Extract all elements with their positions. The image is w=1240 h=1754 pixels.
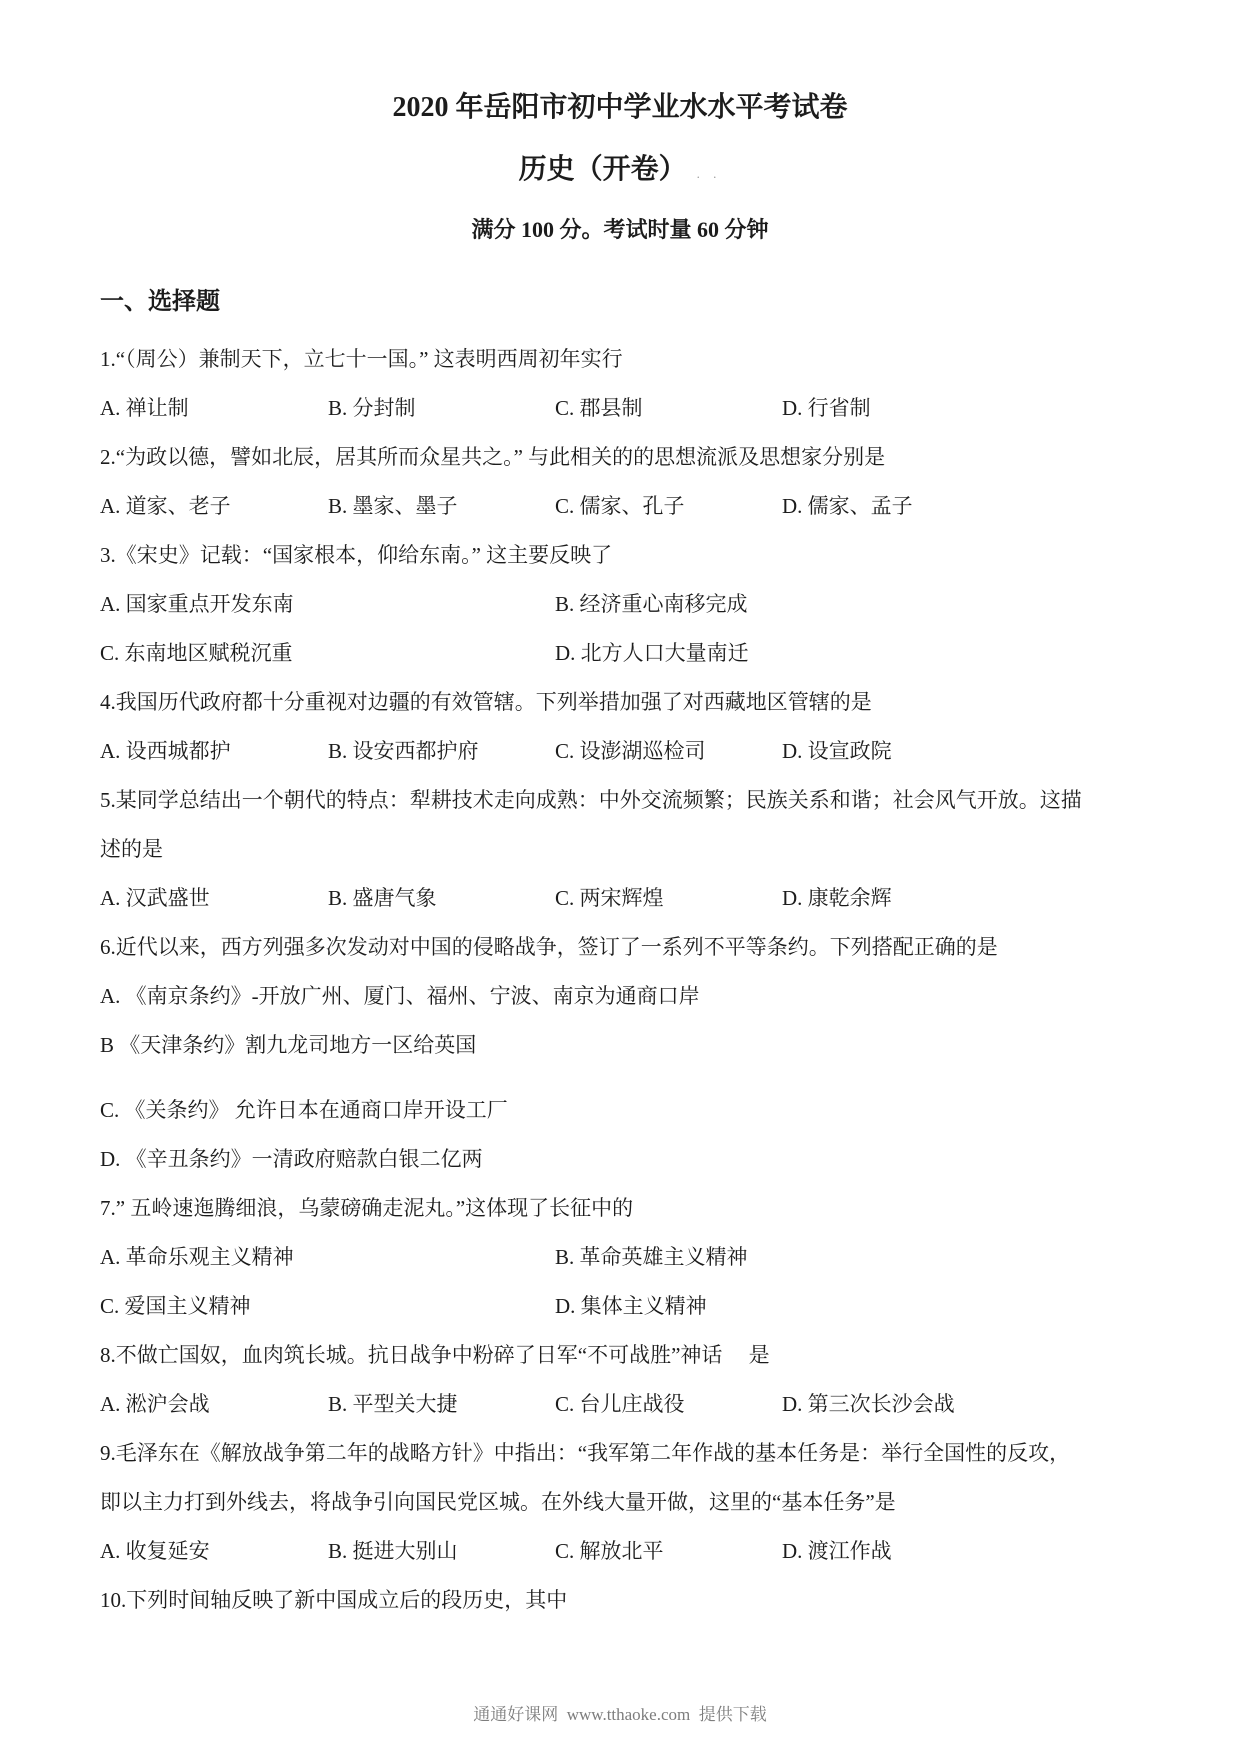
section-title: 一、选择题 [100,286,1140,318]
question-stem: 4.我国历代政府都十分重视对边疆的有效管辖。下列举措加强了对西藏地区管辖的是 [100,678,1140,727]
options-row: C. 东南地区赋税沉重 D. 北方人口大量南迁 [100,629,1140,678]
question-5: 5.某同学总结出一个朝代的特点：犁耕技术走向成熟：中外交流频繁；民族关系和谐；社… [100,776,1140,923]
page-footer: 通通好课网 www.tthaoke.com 提供下载 [0,1700,1240,1725]
question-8: 8.不做亡国奴，血肉筑长城。抗日战争中粉碎了日军“不可战胜”神话 是 A. 淞沪… [100,1331,1140,1429]
option-c: C. 东南地区赋税沉重 [100,629,293,678]
option-a: A. 设西城都护 [100,727,231,776]
exam-info: 满分 100 分。考试时量 60 分钟 [100,214,1140,246]
option-c: C. 解放北平 [555,1527,664,1576]
exam-paper-page: 2020 年岳阳市初中学业水水平考试卷 历史（开卷）. . 满分 100 分。考… [0,0,1240,1754]
option-c: C. 郡县制 [555,384,643,433]
question-stem: 6.近代以来，西方列强多次发动对中国的侵略战争，签订了一系列不平等条约。下列搭配… [100,923,1140,972]
option-a: A. 道家、老子 [100,482,231,531]
option-d: D. 设宣政院 [782,727,892,776]
option-b: B. 盛唐气象 [328,874,437,923]
option-d: D. 集体主义精神 [555,1282,707,1331]
question-stem: 1.“（周公）兼制天下，立七十一国。” 这表明西周初年实行 [100,335,1140,384]
question-10: 10.下列时间轴反映了新中国成立后的段历史，其中 [100,1576,1140,1625]
options-row: A. 革命乐观主义精神 B. 革命英雄主义精神 [100,1233,1140,1282]
question-7: 7.” 五岭速迤腾细浪，乌蒙磅确走泥丸。”这体现了长征中的 A. 革命乐观主义精… [100,1184,1140,1331]
option-a: A. 收复延安 [100,1527,210,1576]
subtitle-dots: . . [687,166,722,181]
option-b: B. 平型关大捷 [328,1380,458,1429]
option-b: B. 墨家、墨子 [328,482,458,531]
options-row: D. 《辛丑条约》一清政府赔款白银二亿两 [100,1135,1140,1184]
options-row: A. 设西城都护 B. 设安西都护府 C. 设澎湖巡检司 D. 设宣政院 [100,727,1140,776]
question-stem: 2.“为政以德，譬如北辰，居其所而众星共之。” 与此相关的的思想流派及思想家分别… [100,433,1140,482]
question-stem: 7.” 五岭速迤腾细浪，乌蒙磅确走泥丸。”这体现了长征中的 [100,1184,1140,1233]
option-a: A. 禅让制 [100,384,189,433]
question-3: 3.《宋史》记载：“国家根本，仰给东南。” 这主要反映了 A. 国家重点开发东南… [100,531,1140,678]
options-row: A. 国家重点开发东南 B. 经济重心南移完成 [100,580,1140,629]
option-d: D. 康乾余辉 [782,874,892,923]
option-a: A. 淞沪会战 [100,1380,210,1429]
question-stem: 3.《宋史》记载：“国家根本，仰给东南。” 这主要反映了 [100,531,1140,580]
options-row: A. 汉武盛世 B. 盛唐气象 C. 两宋辉煌 D. 康乾余辉 [100,874,1140,923]
options-row: A. 《南京条约》-开放广州、厦门、福州、宁波、南京为通商口岸 [100,972,1140,1021]
page-subtitle: 历史（开卷） [519,154,687,185]
option-a: A. 国家重点开发东南 [100,580,294,629]
option-b: B. 经济重心南移完成 [555,580,748,629]
option-b: B 《天津条约》割九龙司地方一区给英国 [100,1021,476,1070]
option-d: D. 第三次长沙会战 [782,1380,955,1429]
option-d: D. 行省制 [782,384,871,433]
option-b: B. 设安西都护府 [328,727,479,776]
option-a: A. 《南京条约》-开放广州、厦门、福州、宁波、南京为通商口岸 [100,972,700,1021]
option-b: B. 革命英雄主义精神 [555,1233,748,1282]
option-b: B. 挺进大别山 [328,1527,458,1576]
page-content: 2020 年岳阳市初中学业水水平考试卷 历史（开卷）. . 满分 100 分。考… [0,0,1240,1625]
option-c: C. 爱国主义精神 [100,1282,251,1331]
question-9: 9.毛泽东在《解放战争第二年的战略方针》中指出：“我军第二年作战的基本任务是：举… [100,1429,1140,1576]
question-stem: 5.某同学总结出一个朝代的特点：犁耕技术走向成熟：中外交流频繁；民族关系和谐；社… [100,776,1140,825]
option-c: C. 《关条约》 允许日本在通商口岸开设工厂 [100,1086,508,1135]
question-stem: 10.下列时间轴反映了新中国成立后的段历史，其中 [100,1576,1140,1625]
option-b: B. 分封制 [328,384,416,433]
option-c: C. 设澎湖巡检司 [555,727,706,776]
options-row: C. 《关条约》 允许日本在通商口岸开设工厂 [100,1086,1140,1135]
options-row: A. 禅让制 B. 分封制 C. 郡县制 D. 行省制 [100,384,1140,433]
options-row: C. 爱国主义精神 D. 集体主义精神 [100,1282,1140,1331]
option-c: C. 儒家、孔子 [555,482,685,531]
question-stem-line-2: 述的是 [100,825,1140,874]
question-4: 4.我国历代政府都十分重视对边疆的有效管辖。下列举措加强了对西藏地区管辖的是 A… [100,678,1140,776]
question-stem: 8.不做亡国奴，血肉筑长城。抗日战争中粉碎了日军“不可战胜”神话 是 [100,1331,1140,1380]
options-row: A. 淞沪会战 B. 平型关大捷 C. 台儿庄战役 D. 第三次长沙会战 [100,1380,1140,1429]
options-row: A. 道家、老子 B. 墨家、墨子 C. 儒家、孔子 D. 儒家、孟子 [100,482,1140,531]
question-2: 2.“为政以德，譬如北辰，居其所而众星共之。” 与此相关的的思想流派及思想家分别… [100,433,1140,531]
option-c: C. 两宋辉煌 [555,874,664,923]
option-d: D. 渡江作战 [782,1527,892,1576]
subtitle-row: 历史（开卷）. . [100,150,1140,194]
option-d: D. 《辛丑条约》一清政府赔款白银二亿两 [100,1135,483,1184]
options-row: B 《天津条约》割九龙司地方一区给英国 [100,1021,1140,1070]
page-title: 2020 年岳阳市初中学业水水平考试卷 [100,0,1140,128]
question-stem: 9.毛泽东在《解放战争第二年的战略方针》中指出：“我军第二年作战的基本任务是：举… [100,1429,1140,1478]
question-stem-line-2: 即以主力打到外线去，将战争引向国民党区城。在外线大量开做，这里的“基本任务”是 [100,1478,1140,1527]
question-1: 1.“（周公）兼制天下，立七十一国。” 这表明西周初年实行 A. 禅让制 B. … [100,335,1140,433]
question-6: 6.近代以来，西方列强多次发动对中国的侵略战争，签订了一系列不平等条约。下列搭配… [100,923,1140,1184]
option-a: A. 汉武盛世 [100,874,210,923]
option-d: D. 北方人口大量南迁 [555,629,749,678]
option-c: C. 台儿庄战役 [555,1380,685,1429]
options-row: A. 收复延安 B. 挺进大别山 C. 解放北平 D. 渡江作战 [100,1527,1140,1576]
option-a: A. 革命乐观主义精神 [100,1233,294,1282]
question-list: 1.“（周公）兼制天下，立七十一国。” 这表明西周初年实行 A. 禅让制 B. … [100,335,1140,1625]
option-d: D. 儒家、孟子 [782,482,913,531]
